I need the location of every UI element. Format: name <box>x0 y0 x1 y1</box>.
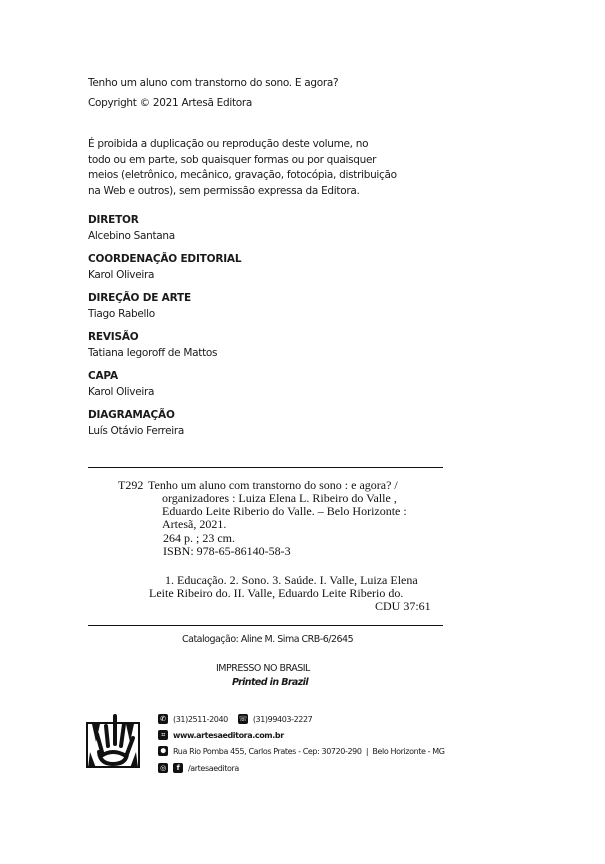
credit-editorial-coordination: COORDENAÇÃO EDITORIAL Karol Oliveira <box>88 252 241 283</box>
credit-art-direction: DIREÇÃO DE ARTE Tiago Rabello <box>88 291 241 322</box>
rights-notice: É proibida a duplicação ou reprodução de… <box>88 137 418 199</box>
call-number: T292 <box>118 479 143 492</box>
credit-layout: DIAGRAMAÇÃO Luís Otávio Ferreira <box>88 408 241 439</box>
social-handle[interactable]: /artesaeditora <box>188 764 239 773</box>
credit-name: Tatiana Iegoroff de Mattos <box>88 345 241 361</box>
cdu-code: CDU 37:61 <box>375 600 431 613</box>
address: Rua Rio Pomba 455, Carlos Prates - Cep: … <box>173 747 445 756</box>
phone-icon: ✆ <box>158 714 168 724</box>
credit-cover: CAPA Karol Oliveira <box>88 369 241 400</box>
printed-in-brazil-pt: IMPRESSO NO BRASIL <box>216 663 310 674</box>
website-link[interactable]: www.artesaeditora.com.br <box>173 731 284 740</box>
contact-social: ◎ f /artesaeditora <box>158 763 239 773</box>
isbn: ISBN: 978-65-86140-58-3 <box>163 545 291 558</box>
catalog-top-divider <box>88 467 443 468</box>
rights-line: É proibida a duplicação ou reprodução de… <box>88 137 418 153</box>
subjects-line: Leite Ribeiro do. II. Valle, Eduardo Lei… <box>149 587 403 600</box>
catalog-line: Artesã, 2021. <box>162 518 226 531</box>
location-pin-icon: ⬤ <box>158 746 168 756</box>
credit-role: DIRETOR <box>88 213 241 228</box>
rights-line: meios (eletrônico, mecânico, gravação, f… <box>88 168 418 184</box>
hand-logo-icon <box>86 712 140 770</box>
credit-role: DIAGRAMAÇÃO <box>88 408 241 423</box>
contact-phones: ✆ (31)2511-2040 ☏ (31)99403-2227 <box>158 714 312 724</box>
whatsapp-number[interactable]: (31)99403-2227 <box>253 715 313 724</box>
web-icon: ⌗ <box>158 730 168 740</box>
cataloging-credit: Catalogação: Aline M. Sima CRB-6/2645 <box>182 634 353 645</box>
printed-in-brazil-en: Printed in Brazil <box>232 677 308 688</box>
credit-revision: REVISÃO Tatiana Iegoroff de Mattos <box>88 330 241 361</box>
credit-name: Tiago Rabello <box>88 306 241 322</box>
credit-role: REVISÃO <box>88 330 241 345</box>
catalog-bottom-divider <box>88 625 443 626</box>
credit-name: Karol Oliveira <box>88 267 241 283</box>
facebook-icon: f <box>173 763 183 773</box>
contact-website: ⌗ www.artesaeditora.com.br <box>158 730 284 740</box>
credit-director: DIRETOR Alcebino Santana <box>88 213 241 244</box>
copyright-notice: Copyright © 2021 Artesã Editora <box>88 97 252 109</box>
phone-number[interactable]: (31)2511-2040 <box>173 715 228 724</box>
credits-list: DIRETOR Alcebino Santana COORDENAÇÃO EDI… <box>88 213 241 447</box>
rights-line: todo ou em parte, sob quaisquer formas o… <box>88 153 418 169</box>
credit-name: Alcebino Santana <box>88 228 241 244</box>
rights-line: na Web e outros), sem permissão expressa… <box>88 184 418 200</box>
credit-role: COORDENAÇÃO EDITORIAL <box>88 252 241 267</box>
credit-role: DIREÇÃO DE ARTE <box>88 291 241 306</box>
contact-address: ⬤ Rua Rio Pomba 455, Carlos Prates - Cep… <box>158 746 445 756</box>
credit-name: Karol Oliveira <box>88 384 241 400</box>
credit-role: CAPA <box>88 369 241 384</box>
instagram-icon: ◎ <box>158 763 168 773</box>
book-title: Tenho um aluno com transtorno do sono. E… <box>88 77 338 89</box>
credit-name: Luís Otávio Ferreira <box>88 423 241 439</box>
whatsapp-icon: ☏ <box>238 714 248 724</box>
